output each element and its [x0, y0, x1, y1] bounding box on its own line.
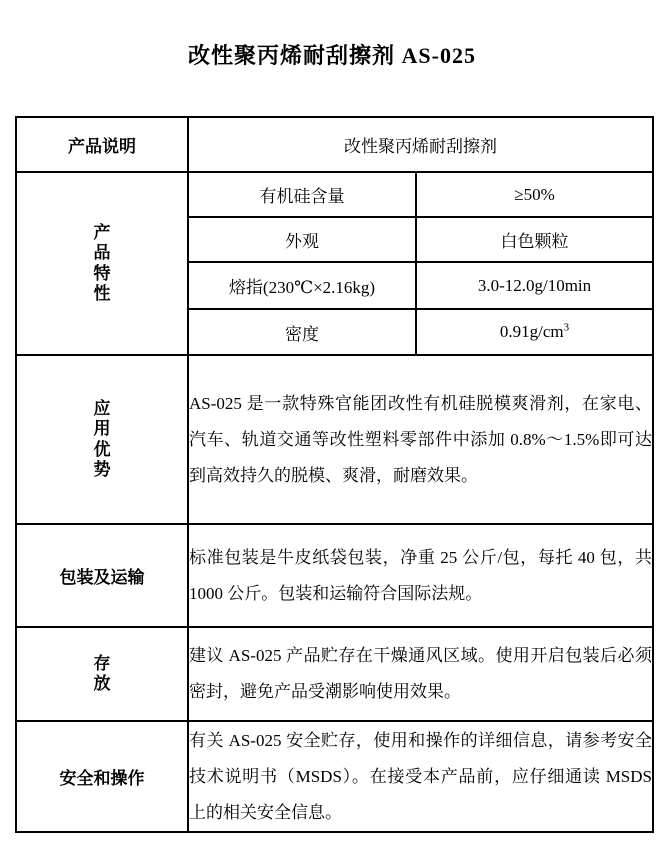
- product-description-value: 改性聚丙烯耐刮擦剂: [188, 117, 653, 172]
- document-title: 改性聚丙烯耐刮擦剂 AS-025: [0, 39, 664, 70]
- application-label: 应用优势: [92, 399, 112, 479]
- safety-label: 安全和操作: [16, 721, 188, 832]
- product-spec-table: 产品说明 改性聚丙烯耐刮擦剂 产品特性 有机硅含量 ≥50% 外观 白色颗粒 熔…: [15, 116, 654, 833]
- property-name-silicone-content: 有机硅含量: [188, 172, 416, 217]
- row-product-description: 产品说明 改性聚丙烯耐刮擦剂: [16, 117, 653, 172]
- property-name-melt-index: 熔指(230℃×2.16kg): [188, 262, 416, 309]
- storage-label: 存放: [92, 654, 112, 694]
- property-value-appearance: 白色颗粒: [416, 217, 653, 262]
- product-description-label: 产品说明: [16, 117, 188, 172]
- density-value-superscript: 3: [564, 321, 570, 333]
- safety-text: 有关 AS-025 安全贮存，使用和操作的详细信息，请参考安全技术说明书（MSD…: [188, 721, 653, 832]
- property-value-silicone-content: ≥50%: [416, 172, 653, 217]
- density-value-base: 0.91g/cm: [500, 322, 564, 341]
- application-label-cell: 应用优势: [16, 355, 188, 524]
- storage-label-cell: 存放: [16, 627, 188, 721]
- properties-section-label-cell: 产品特性: [16, 172, 188, 355]
- property-name-appearance: 外观: [188, 217, 416, 262]
- property-name-density: 密度: [188, 309, 416, 355]
- packaging-text: 标准包装是牛皮纸袋包装，净重 25 公斤/包，每托 40 包，共 1000 公斤…: [188, 524, 653, 627]
- row-safety-handling: 安全和操作 有关 AS-025 安全贮存，使用和操作的详细信息，请参考安全技术说…: [16, 721, 653, 832]
- property-value-melt-index: 3.0-12.0g/10min: [416, 262, 653, 309]
- properties-section-label: 产品特性: [92, 223, 112, 303]
- application-text: AS-025 是一款特殊官能团改性有机硅脱模爽滑剂，在家电、汽车、轨道交通等改性…: [188, 355, 653, 524]
- row-storage: 存放 建议 AS-025 产品贮存在干燥通风区域。使用开启包装后必须密封，避免产…: [16, 627, 653, 721]
- property-value-density: 0.91g/cm3: [416, 309, 653, 355]
- row-packaging-transport: 包装及运输 标准包装是牛皮纸袋包装，净重 25 公斤/包，每托 40 包，共 1…: [16, 524, 653, 627]
- row-property-silicone-content: 产品特性 有机硅含量 ≥50%: [16, 172, 653, 217]
- row-application-advantages: 应用优势 AS-025 是一款特殊官能团改性有机硅脱模爽滑剂，在家电、汽车、轨道…: [16, 355, 653, 524]
- storage-text: 建议 AS-025 产品贮存在干燥通风区域。使用开启包装后必须密封，避免产品受潮…: [188, 627, 653, 721]
- packaging-label: 包装及运输: [16, 524, 188, 627]
